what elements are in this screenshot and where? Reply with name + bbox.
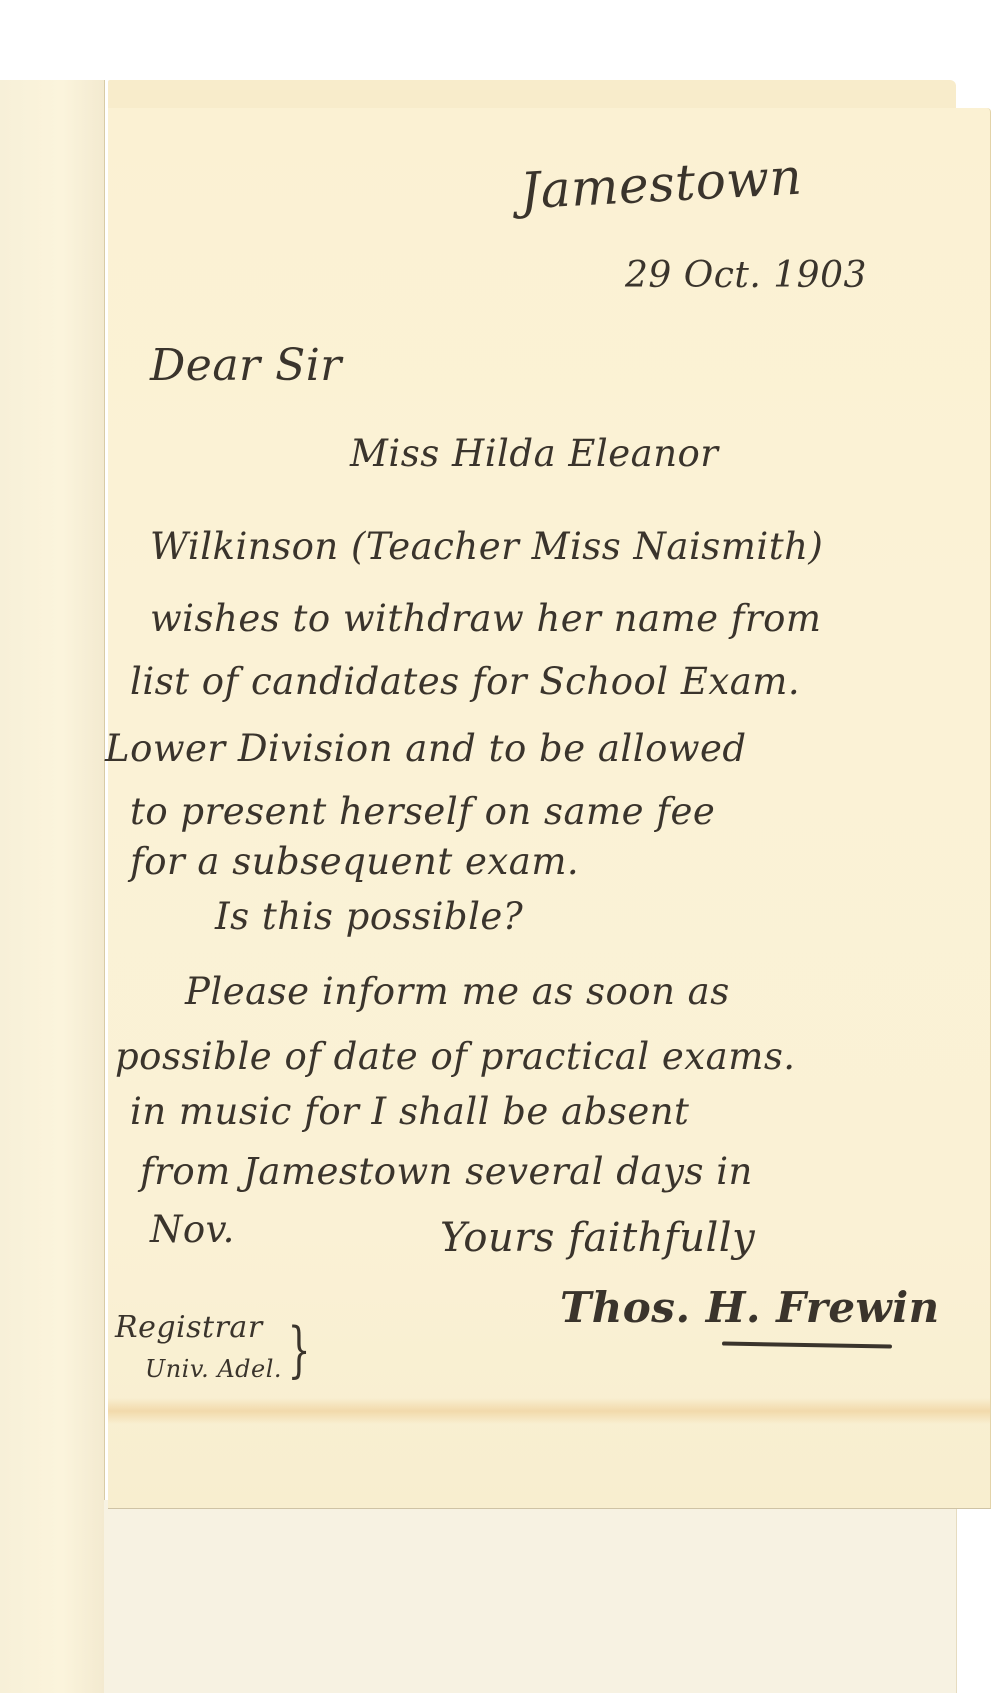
margin-note-institution: Univ. Adel.	[145, 1355, 282, 1383]
body-line: for a subsequent exam.	[130, 840, 579, 883]
letter-top-flap	[108, 80, 956, 111]
scan-background: Jamestown 29 Oct. 1903 Dear Sir Miss Hil…	[0, 0, 1000, 1693]
body-line: Wilkinson (Teacher Miss Naismith)	[150, 525, 823, 568]
signature: Thos. H. Frewin	[560, 1283, 940, 1332]
body-line: list of candidates for School Exam.	[130, 660, 800, 703]
body-line: Lower Division and to be allowed	[105, 727, 747, 770]
closing: Yours faithfully	[440, 1215, 755, 1261]
body-line: Is this possible?	[215, 895, 523, 938]
body-line: possible of date of practical exams.	[115, 1035, 796, 1078]
body-line: Nov.	[150, 1208, 235, 1251]
fold-crease	[108, 1398, 990, 1424]
body-line: wishes to withdraw her name from	[150, 597, 822, 640]
body-line: in music for I shall be absent	[130, 1090, 689, 1133]
body-line: Please inform me as soon as	[185, 970, 730, 1013]
folded-sheet-strip	[0, 80, 105, 1693]
margin-note-addressee: Registrar	[115, 1310, 263, 1345]
underlying-sheet	[104, 1500, 957, 1693]
brace-mark: }	[288, 1315, 311, 1385]
letter-date: 29 Oct. 1903	[625, 255, 867, 296]
body-line: Miss Hilda Eleanor	[350, 432, 719, 475]
salutation: Dear Sir	[150, 340, 342, 391]
body-line: to present herself on same fee	[130, 790, 715, 833]
body-line: from Jamestown several days in	[140, 1150, 753, 1193]
